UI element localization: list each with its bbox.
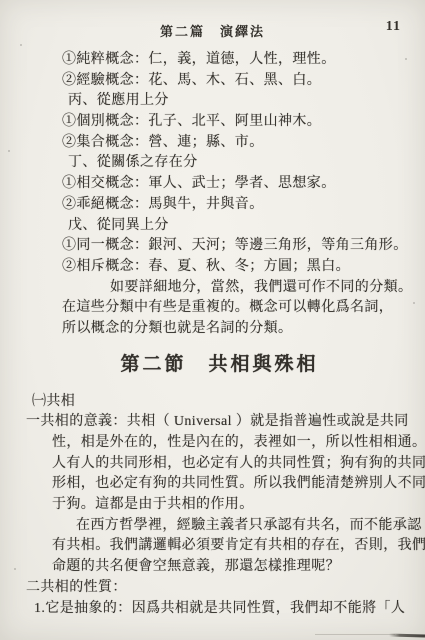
text-line: ①同一概念：銀河、天河；等邊三角形，等角三角形。 (62, 236, 413, 257)
text-line: 丁、從關係之存在分 (68, 153, 413, 174)
scan-speck (8, 150, 10, 152)
text-line: 于狗。這都是由于共相的作用。 (52, 495, 413, 516)
text-line: ②乖絕概念：馬與牛，井與音。 (62, 195, 413, 216)
running-header: 第二篇 演繹法 (0, 21, 425, 39)
text-line: 在這些分類中有些是重複的。概念可以轉化爲名詞， (62, 298, 413, 319)
text-line: 命題的共名便會空無意義，那還怎樣推理呢？ (52, 557, 413, 578)
scan-speck (413, 302, 415, 304)
text-line: 人有人的共同形相，也必定有人的共同性質；狗有狗的共同 (52, 454, 413, 475)
scan-speck (20, 44, 22, 46)
text-line: 所以概念的分類也就是名詞的分類。 (62, 319, 413, 340)
page-body: ①純粹概念：仁，義，道德，人性，理性。 ②經驗概念：花、馬、木、石、黑、白。 丙… (26, 50, 413, 619)
text-line: ②相斥概念：春、夏、秋、冬；方圓；黑白。 (62, 257, 413, 278)
text-line: 在西方哲學裡，經驗主義者只承認有共名，而不能承認 (76, 516, 413, 537)
scan-speck (405, 58, 407, 60)
text-line: 性，相是外在的，性是內在的，表裡如一，所以性相相通。 (52, 433, 413, 454)
text-line: ①相交概念：軍人、武士；學者、思想家。 (62, 174, 413, 195)
text-line: ①個別概念：孔子、北平、阿里山神木。 (62, 112, 413, 133)
page-number: 11 (386, 19, 401, 35)
text-line: 丙、從應用上分 (68, 91, 413, 112)
text-line: 形相，也必定有狗的共同性質。所以我們能清楚辨別人不同 (52, 474, 413, 495)
scan-speck (14, 568, 16, 570)
text-line: 二共相的性質： (26, 578, 413, 599)
text-line: 1.它是抽象的：因爲共相就是共同性質，我們却不能將「人 (34, 599, 413, 620)
text-line: ②集合概念：營、連；縣、市。 (62, 133, 413, 154)
section-heading: 第二節 共相與殊相 (26, 352, 413, 378)
text-line: 一共相的意義：共相（ Universal ）就是指普遍性或說是共同 (26, 412, 413, 433)
text-line: ②經驗概念：花、馬、木、石、黑、白。 (62, 71, 413, 92)
text-line: 戊、從同異上分 (68, 216, 413, 237)
text-line: ①純粹概念：仁，義，道德，人性，理性。 (62, 50, 413, 71)
chapter-title: 第二篇 演繹法 (160, 24, 265, 39)
text-line: 如要詳細地分，當然，我們還可作不同的分類。 (110, 278, 413, 299)
scan-artifact-line (315, 634, 395, 635)
text-line: 有共相。我們講邏輯必須要肯定有共相的存在，否則，我們 (52, 536, 413, 557)
text-line: ㈠共相 (32, 392, 413, 413)
